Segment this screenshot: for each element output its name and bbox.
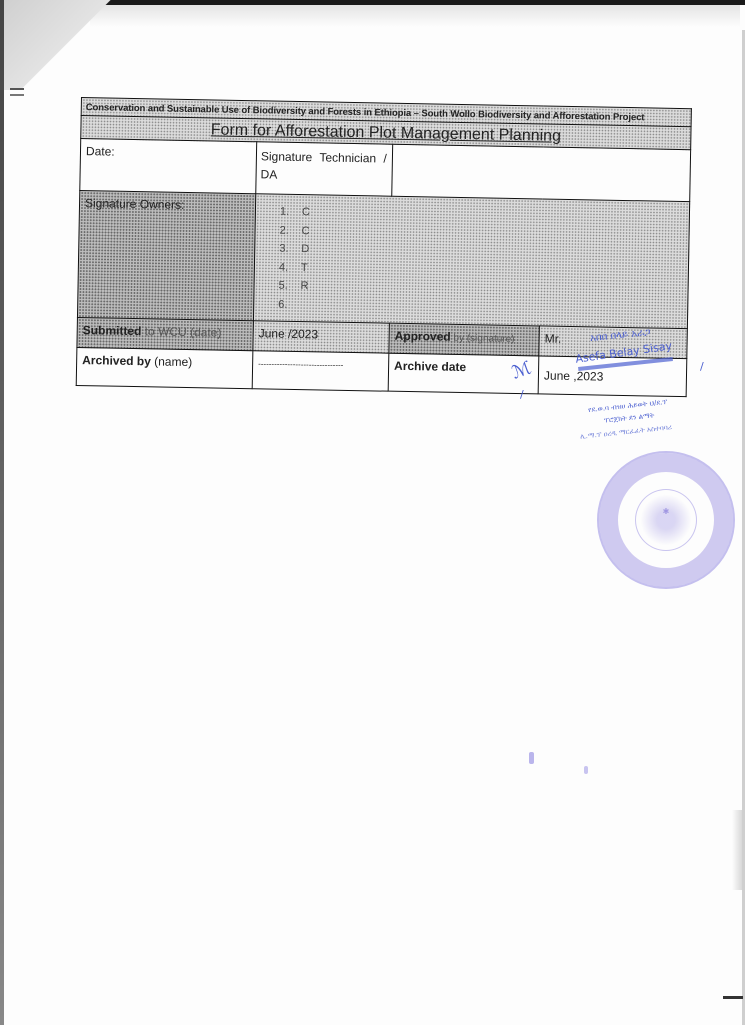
owners-signature-field[interactable]: 1.C 2.C 3.D 4.T 5.R 6. bbox=[253, 194, 689, 329]
scan-shadow bbox=[90, 5, 740, 27]
technician-label: Signature Technician / DA bbox=[256, 142, 393, 196]
folded-corner bbox=[0, 0, 130, 90]
staple-mark bbox=[723, 996, 743, 999]
archive-date-field[interactable]: June ,2023 bbox=[538, 356, 687, 397]
ink-smudge bbox=[529, 752, 534, 764]
owners-list: 1.C 2.C 3.D 4.T 5.R 6. bbox=[254, 194, 689, 327]
submitted-label: Submitted to WCU (date) bbox=[77, 317, 254, 350]
scan-shadow-right bbox=[732, 810, 742, 890]
archived-by-label: Archived by (name) bbox=[76, 347, 253, 388]
stamp-text-line-3: ሊ.ማ.ፕ ዐረዲ ማርፈፈት አስተባባሪ bbox=[580, 423, 673, 442]
date-field[interactable]: Date: bbox=[80, 139, 257, 194]
archived-by-field[interactable]: -------------------------------- bbox=[252, 351, 389, 391]
technician-signature-field[interactable] bbox=[392, 144, 691, 201]
stamp-text-line-2: ፕሮጀክት ደን ልማት bbox=[604, 411, 655, 425]
owners-label: Signature Owners: bbox=[77, 190, 255, 320]
seal-text: ✱ bbox=[605, 507, 727, 516]
approved-label: Approved by (signature) bbox=[389, 323, 540, 356]
date-label: Date: bbox=[86, 144, 115, 159]
staple-mark bbox=[10, 88, 24, 96]
signature-stroke: / bbox=[520, 388, 524, 401]
submitted-date-field[interactable]: June /2023 bbox=[253, 321, 390, 353]
stamp-text-line-1: የደ.ወ.ባ ብዝሀ ሕይወት ህ/ደ.ፕ bbox=[588, 398, 668, 415]
scan-edge-left bbox=[0, 0, 4, 1025]
seal-emblem-icon bbox=[635, 489, 697, 551]
ink-smudge bbox=[584, 766, 588, 774]
signature-stroke: / bbox=[700, 360, 704, 373]
official-seal: ✱ bbox=[597, 451, 735, 589]
